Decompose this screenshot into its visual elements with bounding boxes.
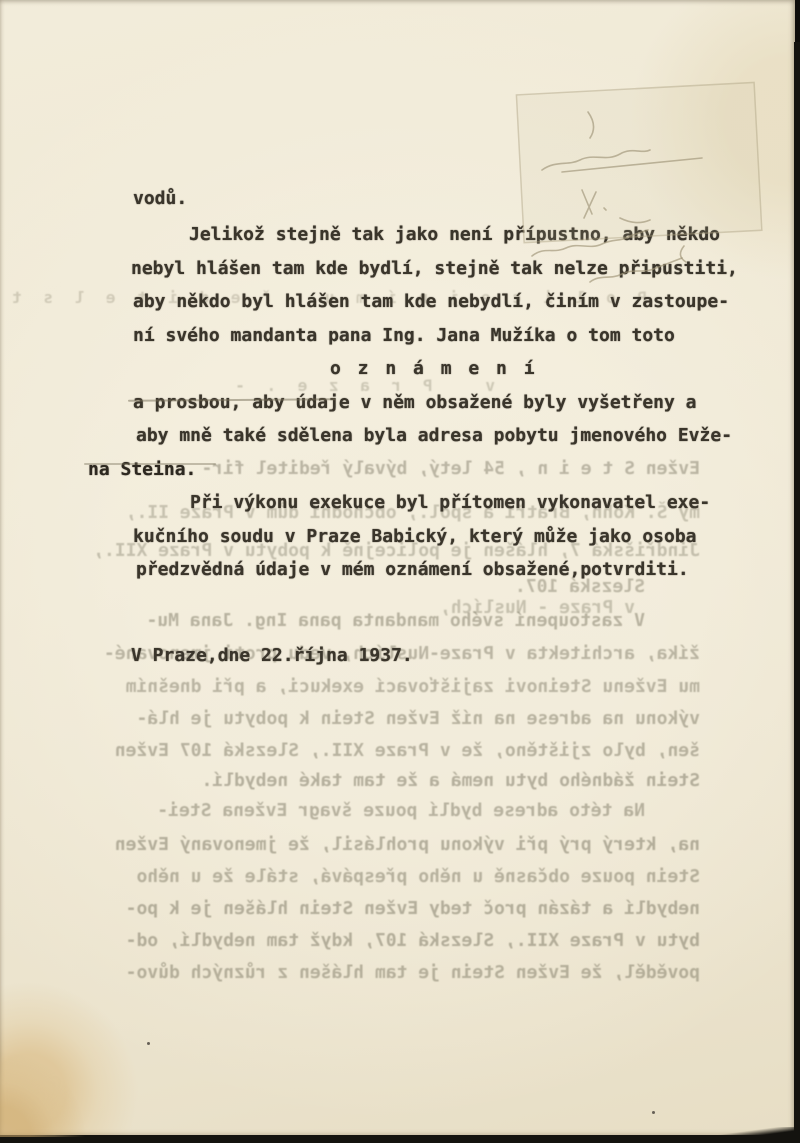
stamp-outline: [516, 82, 761, 242]
paper-speck: [147, 1042, 150, 1045]
stamp-and-handwriting: [470, 50, 800, 290]
text-line: aby mně také sdělena byla adresa pobytu …: [136, 425, 732, 446]
text-line-opening: vodů.: [133, 188, 187, 209]
text-line: kučního soudu v Praze Babický, který můž…: [133, 526, 697, 547]
scan-edge-corner: [680, 1127, 800, 1143]
text-line: ní svého mandanta pana Ing. Jana Mužíka …: [133, 325, 675, 346]
text-line: a prosbou, aby údaje v něm obsažené byly…: [133, 392, 697, 413]
handwriting-stroke: [590, 258, 682, 282]
pencil-stroke: [84, 463, 216, 465]
text-line: aby někdo byl hlášen tam kde nebydlí, či…: [133, 291, 729, 312]
corner-curl: [0, 1047, 110, 1137]
handwriting-stroke: [680, 246, 686, 262]
paper-speck: [652, 1111, 655, 1114]
scanned-document: P o l i c e j n í m u ř e d i t e l s t …: [0, 0, 800, 1143]
heading-oznameni: o z n á m e n í: [330, 358, 538, 379]
scan-edge-right: [794, 42, 800, 1143]
text-line: Při výkonu exekuce byl přítomen vykonava…: [190, 492, 710, 513]
text-line: předzvědná údaje v mém oznámení obsažené…: [136, 559, 689, 580]
dateline: V Praze,dne 22.října 1937.: [131, 645, 413, 666]
